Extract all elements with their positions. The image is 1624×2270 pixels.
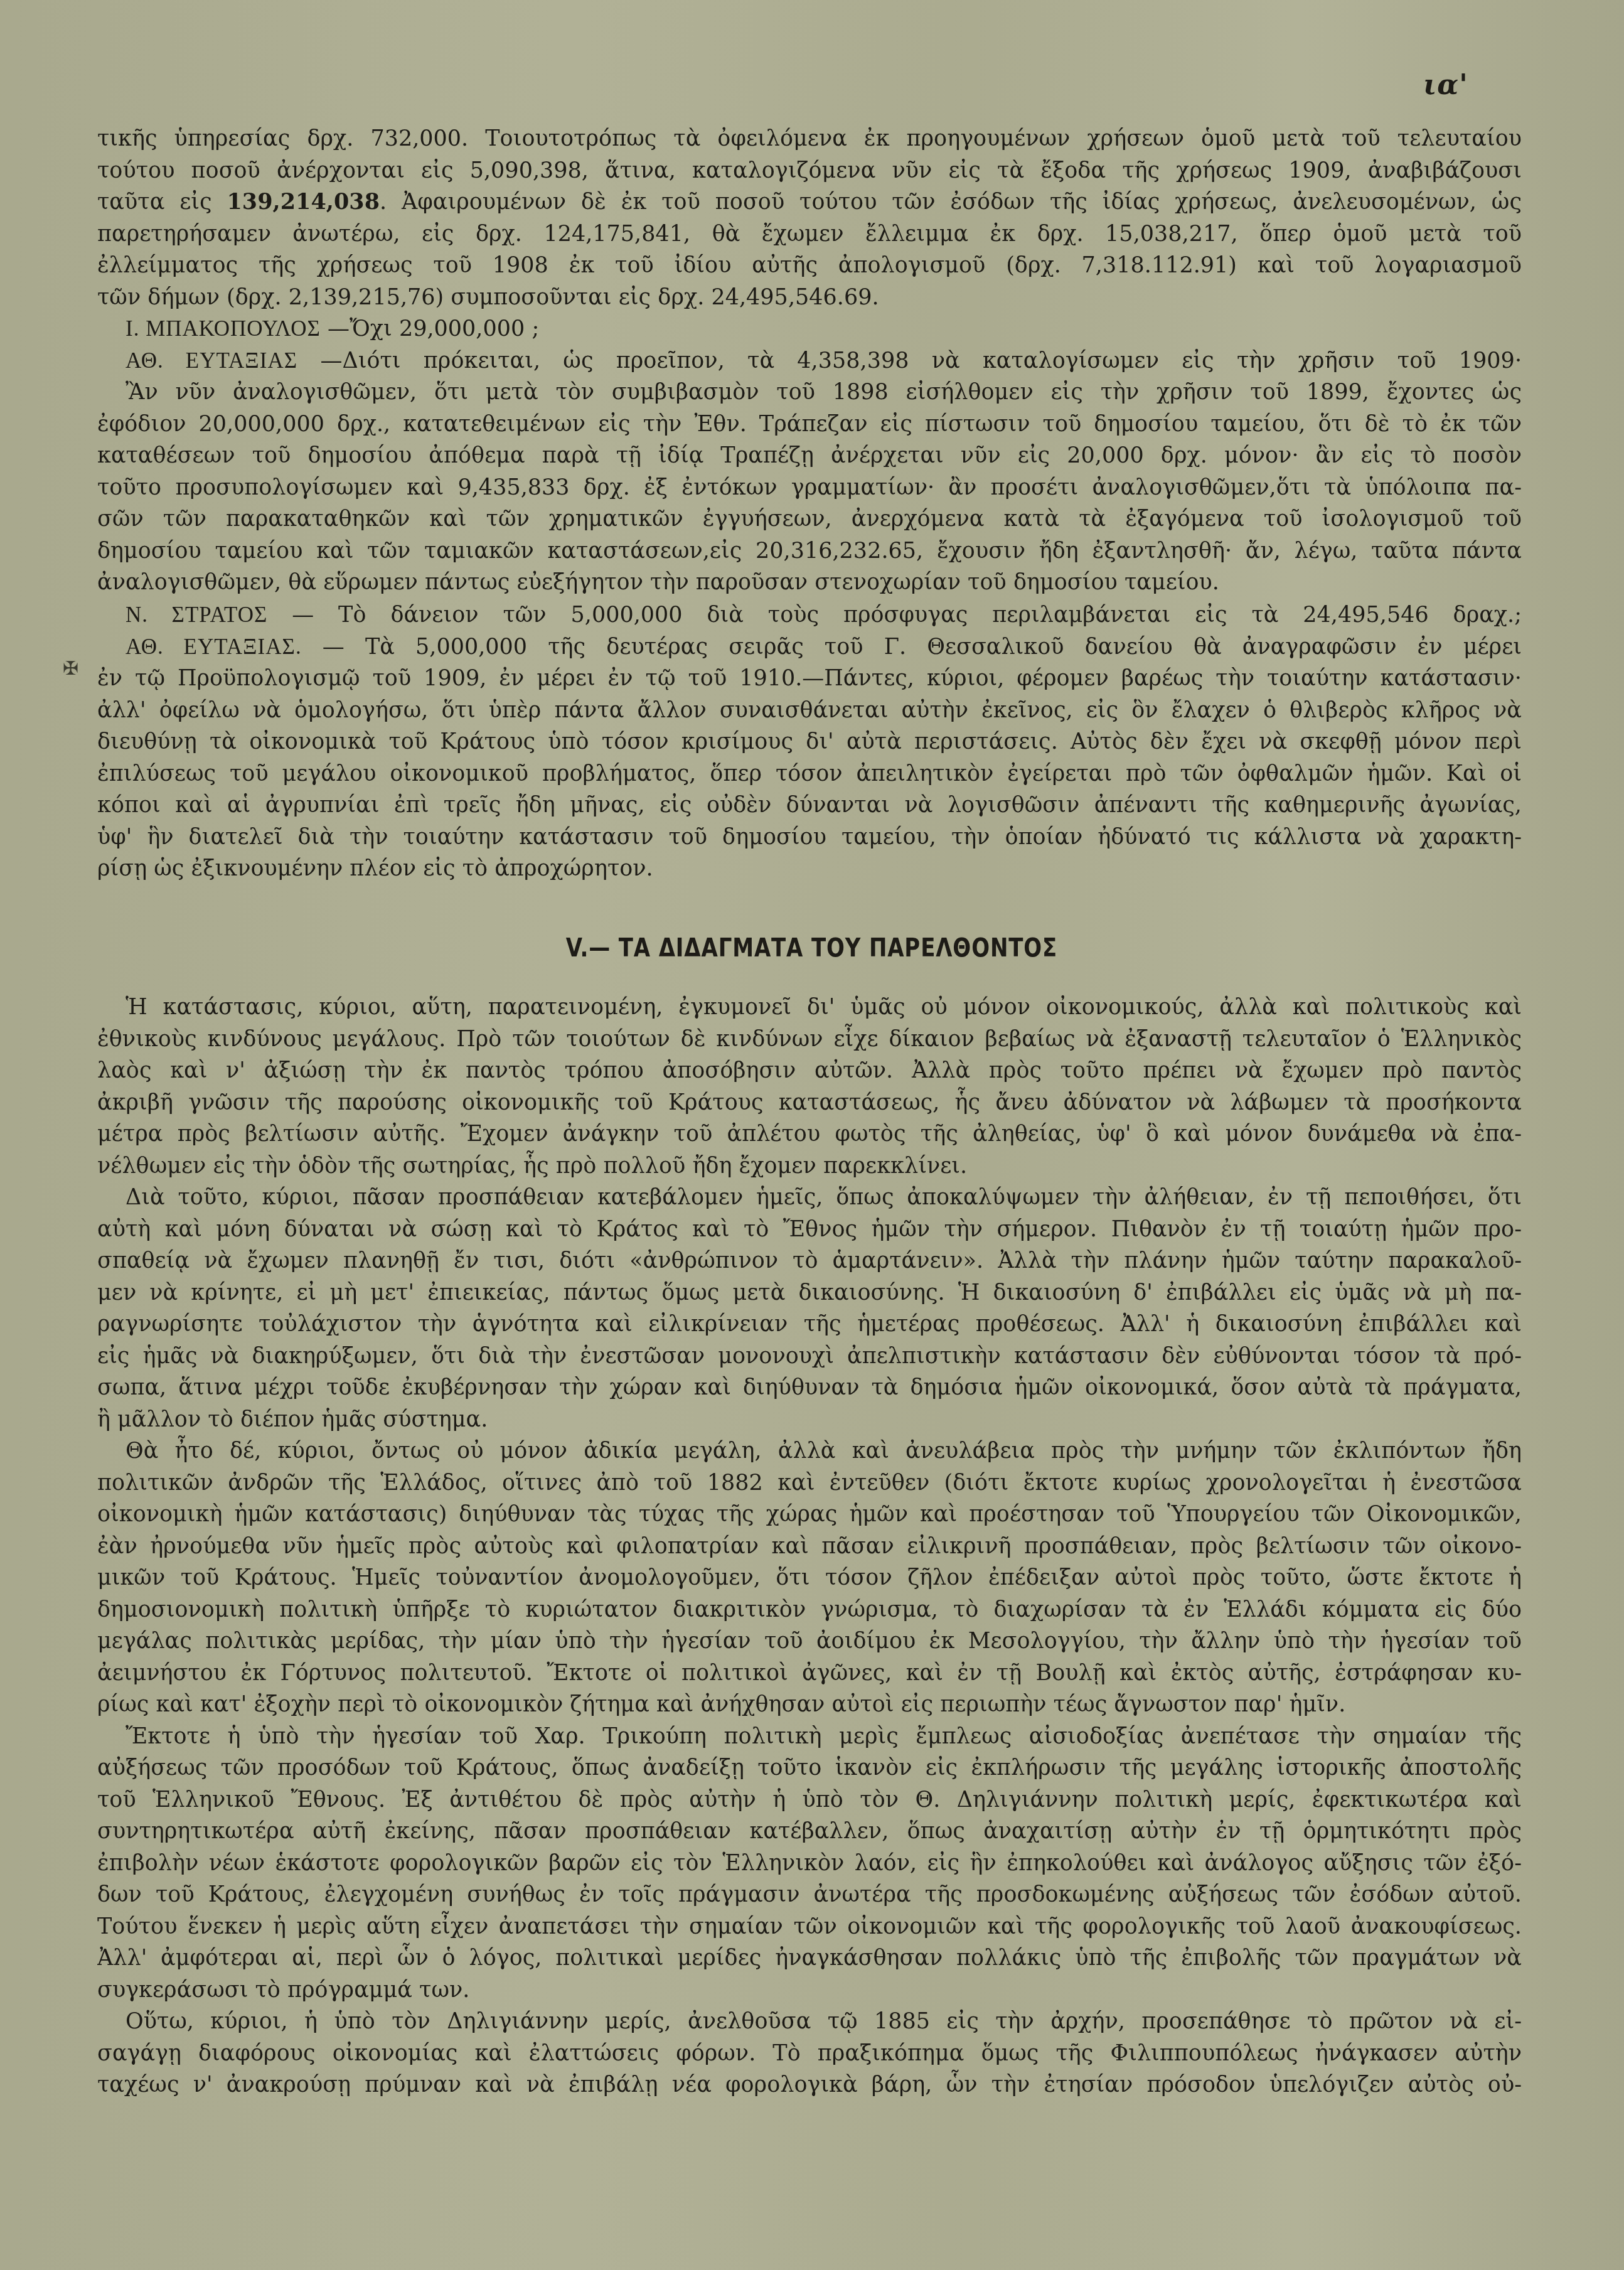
text-line: ἀναλογισθῶμεν, θὰ εὕρωμεν πάντως εὐεξήγη… [97, 567, 1522, 599]
speech-text: — Τὰ 5,000,000 τῆς δευτέρας σειρᾶς τοῦ Γ… [323, 634, 1522, 660]
paragraph-treasury: Ἂν νῦν ἀναλογισθῶμεν, ὅτι μετὰ τὸν συμβι… [97, 377, 1522, 599]
dialogue-line: ΑΘ. ΕΥΤΑΞΙΑΣ. — Τὰ 5,000,000 τῆς δευτέρα… [97, 631, 1522, 663]
text-line: συντηρητικωτέρα αὐτῆ ἐκείνης, πᾶσαν προσ… [97, 1816, 1522, 1848]
text-line: συγκεράσωσι τὸ πρόγραμμά των. [97, 1974, 1522, 2006]
text-line: σαγάγῃ διαφόρους οἰκονομίας καὶ ἐλαττώσε… [97, 2038, 1522, 2070]
text-line: ἐλλείμματος τῆς χρήσεως τοῦ 1908 ἐκ τοῦ … [97, 250, 1522, 282]
text-line: ραγνωρίσητε τοὐλάχιστον τὴν ἁγνότητα καὶ… [97, 1309, 1522, 1341]
speech-text: — Τὸ δάνειον τῶν 5,000,000 διὰ τοὺς πρόσ… [292, 602, 1522, 628]
text-line: ἐν τῷ Προϋπολογισμῷ τοῦ 1909, ἐν μέρει ἐ… [97, 663, 1522, 695]
text-line: ρίσῃ ὡς ἐξικνουμένην πλέον εἰς τὸ ἀπροχώ… [97, 853, 1522, 885]
speech-text: —Διότι πρόκειται, ὡς προεῖπον, τὰ 4,358,… [320, 348, 1522, 373]
text-line: δημοσιονομικὴ πολιτικὴ ὑπῆρξε τὸ κυριώτα… [97, 1594, 1522, 1626]
text-line: μεν νὰ κρίνητε, εἰ μὴ μετ' ἐπιεικείας, π… [97, 1277, 1522, 1309]
text-line: νέλθωμεν εἰς τὴν ὁδὸν τῆς σωτηρίας, ἧς π… [97, 1150, 1522, 1182]
text-line: σπαθείᾳ νὰ ἔχωμεν πλανηθῇ ἔν τισι, διότι… [97, 1245, 1522, 1277]
text-line: ὑφ' ἣν διατελεῖ διὰ τὴν τοιαύτην κατάστα… [97, 822, 1522, 854]
text-line: καταθέσεων τοῦ δημοσίου ἀπόθεμα παρὰ τῇ … [97, 440, 1522, 472]
text-line: Ἔκτοτε ἡ ὑπὸ τὴν ἡγεσίαν τοῦ Χαρ. Τρικού… [97, 1721, 1522, 1753]
text-line: εἰς ἡμᾶς νὰ διακηρύξωμεν, ὅτι διὰ τὴν ἐν… [97, 1341, 1522, 1373]
text-line: δημοσίου ταμείου καὶ τῶν ταμιακῶν καταστ… [97, 535, 1522, 567]
speaker-name: ΑΘ. ΕΥΤΑΞΙΑΣ. [126, 634, 302, 659]
text-line: ρίως καὶ κατ' ἐξοχὴν περὶ τὸ οἰκονομικὸν… [97, 1689, 1522, 1721]
text-line: ἐπιβολὴν νέων ἑκάστοτε φορολογικῶν βαρῶν… [97, 1848, 1522, 1880]
text-line: οἰκονομικὴ ἡμῶν κατάστασις) διηύθυναν τὰ… [97, 1499, 1522, 1531]
text-line: μέτρα πρὸς βελτίωσιν αὐτῆς. Ἔχομεν ἀνάγκ… [97, 1118, 1522, 1150]
dialogue-line: ΑΘ. ΕΥΤΑΞΙΑΣ —Διότι πρόκειται, ὡς προεῖπ… [97, 345, 1522, 377]
text-line: σωπα, ἅτινα μέχρι τοῦδε ἐκυβέρνησαν τὴν … [97, 1372, 1522, 1404]
text-line: ἐὰν ἠρνούμεθα νῦν ἡμεῖς πρὸς αὐτοὺς καὶ … [97, 1531, 1522, 1563]
text-line: ἐπιλύσεως τοῦ μεγάλου οἰκονομικοῦ προβλή… [97, 758, 1522, 790]
text-line: σῶν τῶν παρακαταθηκῶν καὶ τῶν χρηματικῶν… [97, 503, 1522, 535]
text-line: Τούτου ἕνεκεν ἡ μερὶς αὕτη εἶχεν ἀναπετά… [97, 1911, 1522, 1943]
paragraph-minister-remarks: ἐν τῷ Προϋπολογισμῷ τοῦ 1909, ἐν μέρει ἐ… [97, 663, 1522, 885]
speaker-name: Ι. ΜΠΑΚΟΠΟΥΛΟΣ [126, 316, 321, 341]
text-line: τικῆς ὑπηρεσίας δρχ. 732,000. Τοιουτοτρό… [97, 123, 1522, 155]
text-line: τοῦ Ἑλληνικοῦ Ἔθνους. Ἐξ ἀντιθέτου δὲ πρ… [97, 1784, 1522, 1816]
text-line: Διὰ τοῦτο, κύριοι, πᾶσαν προσπάθειαν κατ… [97, 1182, 1522, 1214]
text-line: Ἂν νῦν ἀναλογισθῶμεν, ὅτι μετὰ τὸν συμβι… [97, 377, 1522, 409]
text-line: ἀειμνήστου ἐκ Γόρτυνος πολιτευτοῦ. Ἔκτοτ… [97, 1657, 1522, 1689]
text-line: πολιτικῶν ἀνδρῶν τῆς Ἑλλάδος, οἵτινες ἀπ… [97, 1467, 1522, 1499]
text-line: ταῦτα εἰς 139,214,038. Ἀφαιρουμένων δὲ ἐ… [97, 186, 1522, 218]
text-line: τούτου ποσοῦ ἀνέρχονται εἰς 5,090,398, ἅ… [97, 155, 1522, 187]
text-line: διευθύνῃ τὰ οἰκονομικὰ τοῦ Κράτους ὑπὸ τ… [97, 726, 1522, 758]
dialogue-exchange-1: Ι. ΜΠΑΚΟΠΟΥΛΟΣ —Ὄχι 29,000,000 ; ΑΘ. ΕΥΤ… [97, 313, 1522, 377]
text-line: τῶν δήμων (δρχ. 2,139,215,76) συμποσοῦντ… [97, 282, 1522, 314]
margin-mark-icon: ✠ [63, 658, 78, 680]
section-heading: V.— ΤΑ ΔΙΔΑΓΜΑΤΑ ΤΟΥ ΠΑΡΕΛΘΟΝΤΟΣ [122, 934, 1502, 963]
text-line: ἐθνικοὺς κινδύνους μεγάλους. Πρὸ τῶν τοι… [97, 1024, 1522, 1056]
text-line: ἢ μᾶλλον τὸ διέπον ἡμᾶς σύστημα. [97, 1404, 1522, 1436]
document-page: ια' ✠ τικῆς ὑπηρεσίας δρχ. 732,000. Τοιο… [0, 0, 1624, 2270]
text-line: δων τοῦ Κράτους, ἐλεγχομένη συνήθως ἐν τ… [97, 1879, 1522, 1911]
text-line: ταχέως ν' ἀνακρούσῃ πρύμναν καὶ νὰ ἐπιβά… [97, 2069, 1522, 2101]
text-line: ἐφόδιον 20,000,000 δρχ., κατατεθειμένων … [97, 409, 1522, 441]
total-amount: 139,214,038 [227, 189, 380, 215]
text-line: λαὸς καὶ ν' ἀξιώσῃ τὴν ἐκ παντὸς τρόπου … [97, 1055, 1522, 1087]
text-line: παρετηρήσαμεν ἀνωτέρω, εἰς δρχ. 124,175,… [97, 218, 1522, 250]
text-line: κόποι καὶ αἱ ἀγρυπνίαι ἐπὶ τρεῖς ἤδη μῆν… [97, 790, 1522, 822]
page-number: ια' [1423, 69, 1468, 101]
text-line: αὐτὴ καὶ μόνη δύναται νὰ σώσῃ καὶ τὸ Κρά… [97, 1214, 1522, 1246]
text-line: Θὰ ἦτο δέ, κύριοι, ὄντως οὐ μόνον ἀδικία… [97, 1435, 1522, 1467]
text-line: αὐξήσεως τῶν προσόδων τοῦ Κράτους, ὅπως … [97, 1752, 1522, 1784]
speaker-name: ΑΘ. ΕΥΤΑΞΙΑΣ [126, 348, 297, 373]
text-line: μεγάλας πολιτικὰς μερίδας, τὴν μίαν ὑπὸ … [97, 1625, 1522, 1657]
dialogue-line: Ν. ΣΤΡΑΤΟΣ — Τὸ δάνειον τῶν 5,000,000 δι… [97, 599, 1522, 631]
text-line: τοῦτο προσυπολογίσωμεν καὶ 9,435,833 δρχ… [97, 472, 1522, 504]
section-body: Ἡ κατάστασις, κύριοι, αὕτη, παρατεινομέν… [97, 992, 1522, 2101]
dialogue-line: Ι. ΜΠΑΚΟΠΟΥΛΟΣ —Ὄχι 29,000,000 ; [97, 313, 1522, 345]
speech-text: —Ὄχι 29,000,000 ; [328, 316, 539, 341]
text-line: ἀκριβῆ γνῶσιν τῆς παρούσης οἰκονομικῆς τ… [97, 1087, 1522, 1119]
speaker-name: Ν. ΣΤΡΑΤΟΣ [126, 602, 267, 627]
dialogue-exchange-2: Ν. ΣΤΡΑΤΟΣ — Τὸ δάνειον τῶν 5,000,000 δι… [97, 599, 1522, 663]
text-line: ἀλλ' ὀφείλω νὰ ὁμολογήσω, ὅτι ὑπὲρ πάντα… [97, 695, 1522, 727]
text-line: Ἀλλ' ἀμφότεραι αἱ, περὶ ὧν ὁ λόγος, πολι… [97, 1942, 1522, 1974]
text-line: Ἡ κατάστασις, κύριοι, αὕτη, παρατεινομέν… [97, 992, 1522, 1024]
paragraph-budget-deficit: τικῆς ὑπηρεσίας δρχ. 732,000. Τοιουτοτρό… [97, 123, 1522, 313]
text-line: μικῶν τοῦ Κράτους. Ἡμεῖς τοὐναντίον ἀνομ… [97, 1562, 1522, 1594]
text-line: Οὕτω, κύριοι, ἡ ὑπὸ τὸν Δηλιγιάννην μερί… [97, 2006, 1522, 2038]
